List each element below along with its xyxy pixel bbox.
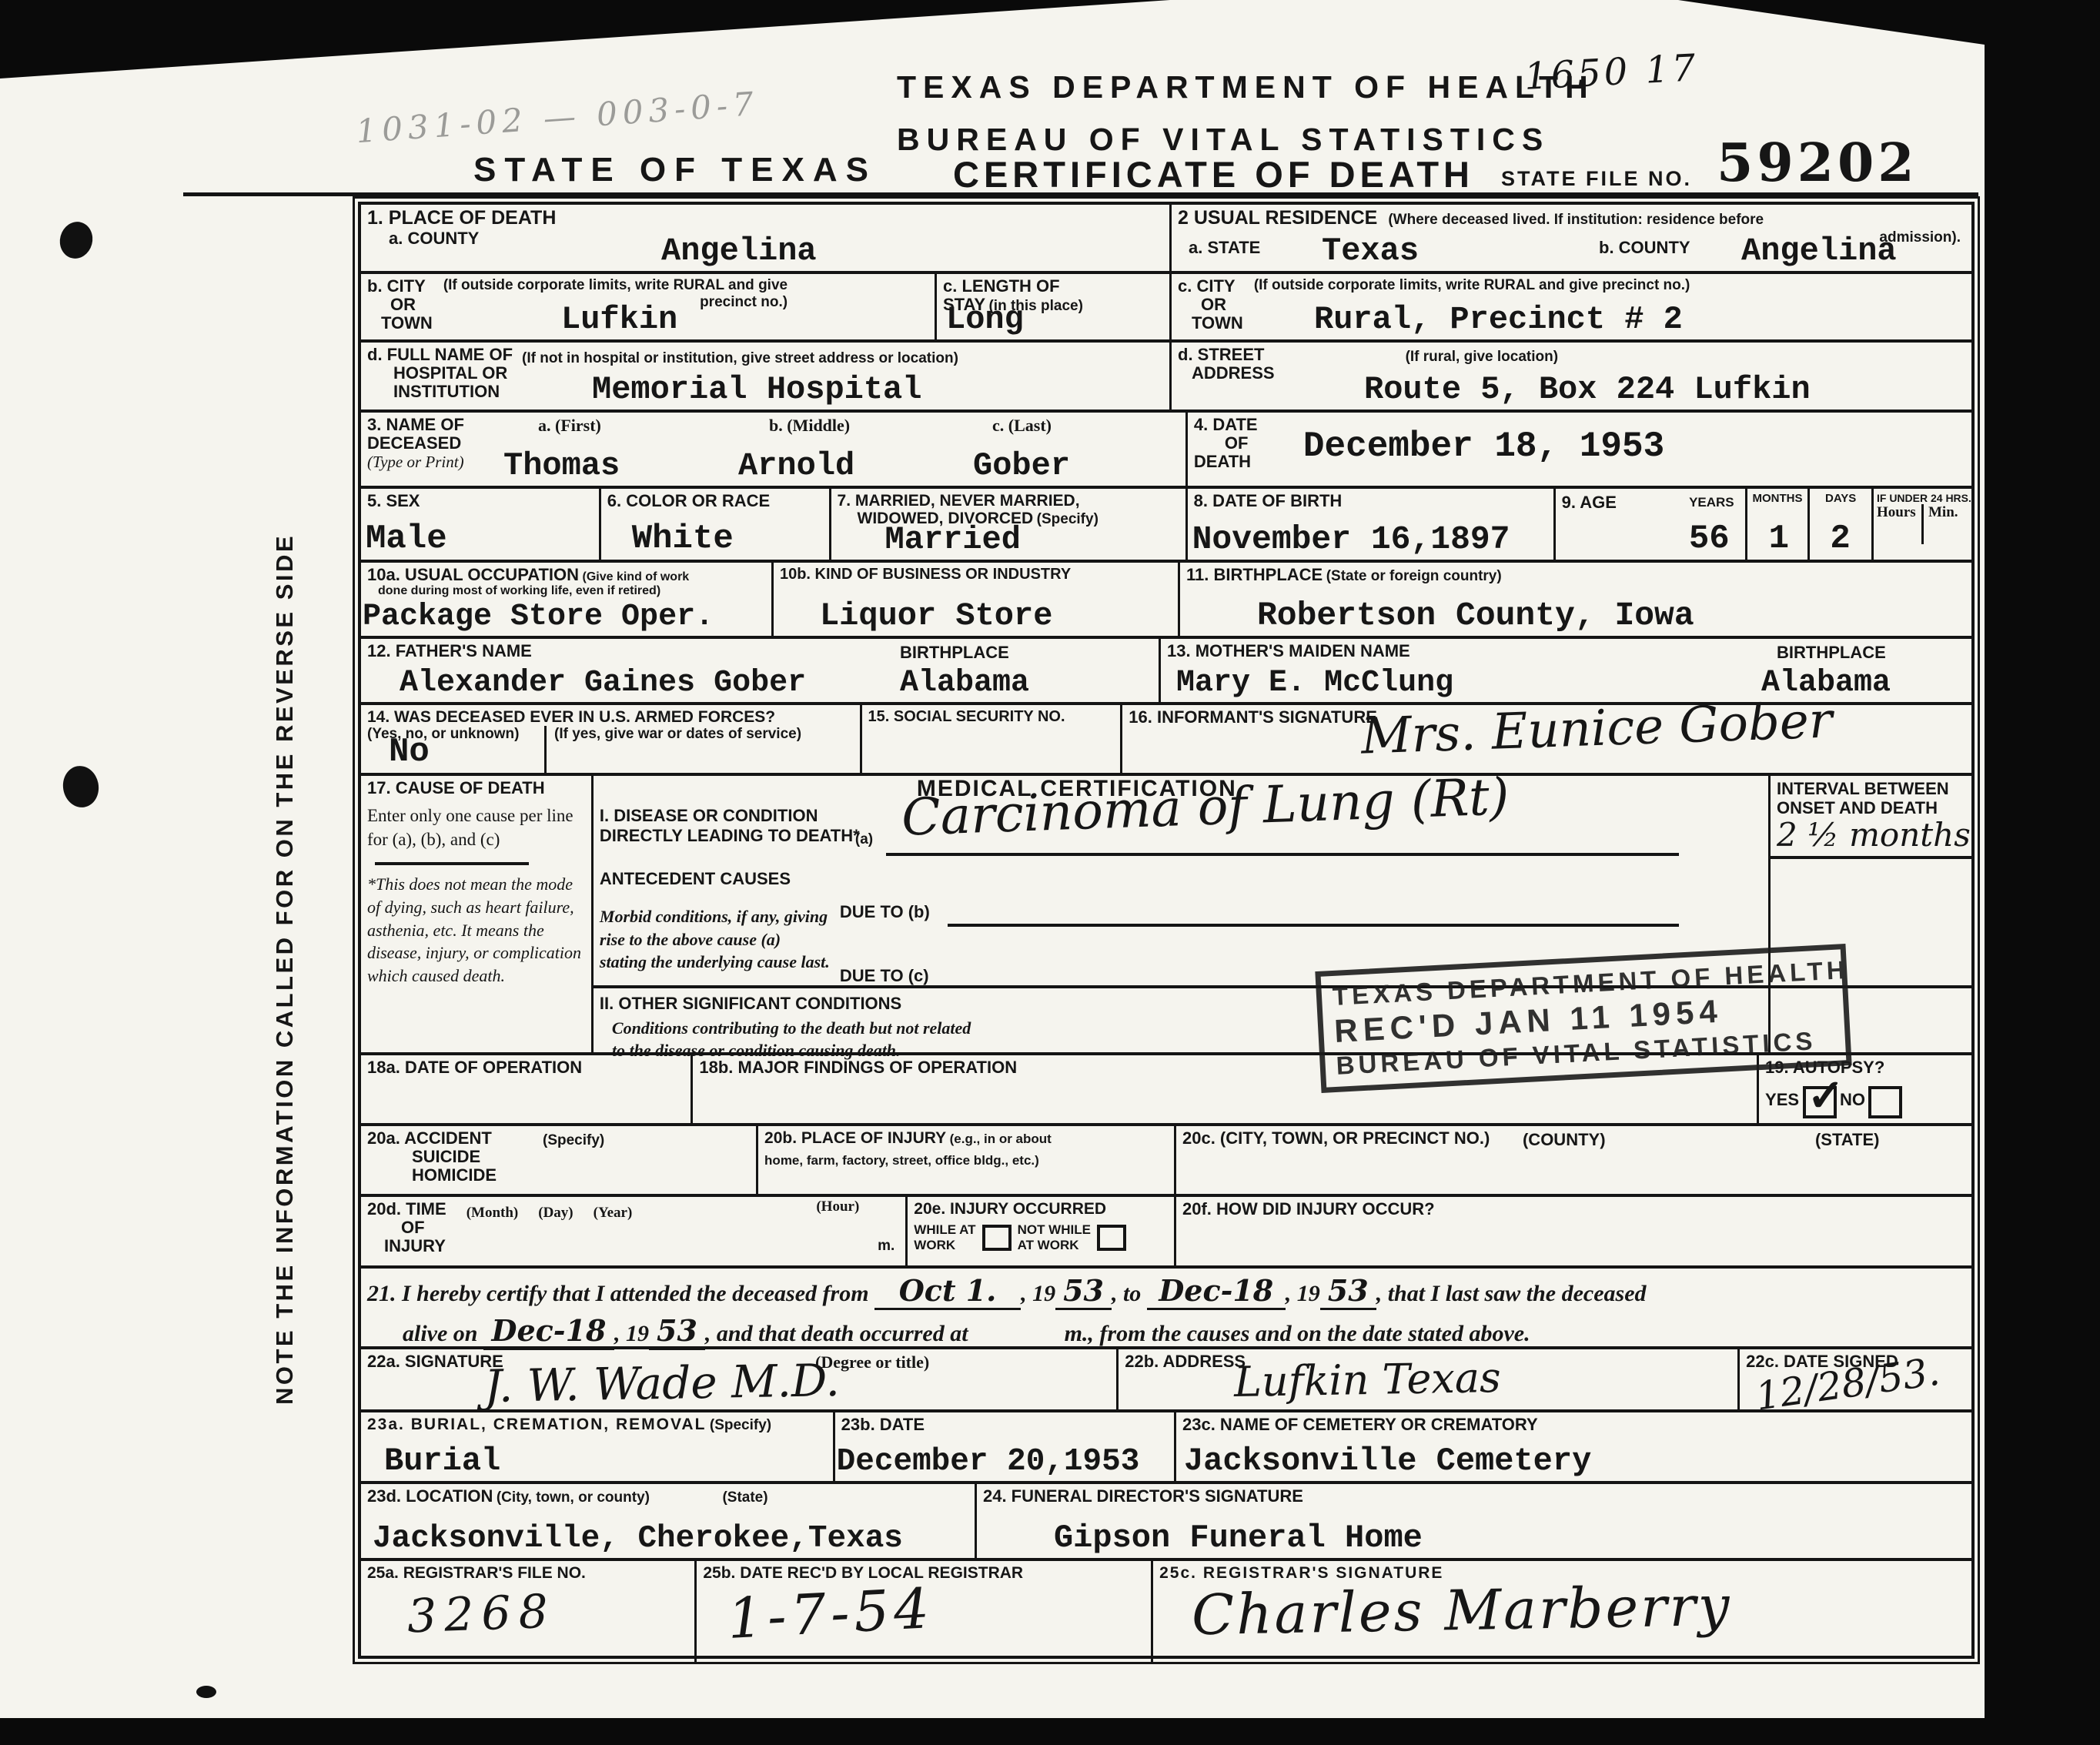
date-of-birth-value: November 16,1897 — [1192, 520, 1510, 558]
marital-value: Married — [885, 521, 1021, 558]
injury-month-label: (Month) — [466, 1205, 519, 1256]
time-of-injury-of: OF — [401, 1218, 446, 1237]
injury-m-label: m. — [878, 1239, 895, 1255]
county-value: Angelina — [661, 232, 817, 269]
occupation-label: 10a. USUAL OCCUPATION — [367, 565, 579, 584]
hospital-label-3: INSTITUTION — [393, 383, 513, 401]
while-at-work-checkbox — [982, 1225, 1012, 1251]
date-of-birth-label: 8. DATE OF BIRTH — [1194, 492, 1547, 510]
form-row: 23a. BURIAL, CREMATION, REMOVAL (Specify… — [361, 1409, 1971, 1481]
funeral-director-label: 24. FUNERAL DIRECTOR'S SIGNATURE — [983, 1487, 1965, 1506]
occupation-value: Package Store Oper. — [363, 600, 714, 634]
burial-location-label: 23d. LOCATION — [367, 1486, 493, 1506]
birthplace-value: Robertson County, Iowa — [1257, 597, 1694, 634]
injury-city-label: 20c. (CITY, TOWN, OR PRECINCT NO.) — [1182, 1129, 1490, 1148]
certify-text-9: m., from the causes and on the date stat… — [1065, 1321, 1530, 1346]
cause-note-1: Enter only one cause per line for (a), (… — [367, 804, 585, 851]
residence-state-label: a. STATE — [1189, 239, 1260, 257]
time-of-injury-label: 20d. TIME — [367, 1200, 446, 1218]
father-name-label: 12. FATHER'S NAME — [367, 642, 1152, 660]
hospital-label-2: HOSPITAL OR — [393, 364, 513, 383]
armed-forces-label: 14. WAS DECEASED EVER IN U.S. ARMED FORC… — [367, 708, 854, 726]
accident-paren: (Specify) — [543, 1132, 604, 1185]
state-file-no-value: 59202 — [1717, 132, 1918, 194]
age-years-value: 56 — [1689, 520, 1730, 558]
form-row: 12. FATHER'S NAME BIRTHPLACE Alexander G… — [361, 636, 1971, 702]
injury-county-label: (COUNTY) — [1523, 1131, 1606, 1149]
form-row: 3. NAME OF DECEASED (Type or Print) a. (… — [361, 410, 1971, 486]
interval-underline — [1771, 856, 1971, 859]
place-of-death-heading: 1. PLACE OF DEATH — [367, 208, 1163, 229]
cemetery-label: 23c. NAME OF CEMETERY OR CREMATORY — [1182, 1416, 1965, 1434]
marital-label: 7. MARRIED, NEVER MARRIED, — [838, 492, 1179, 510]
certify-text-2: , 19 — [1021, 1281, 1055, 1306]
residence-county-label: b. COUNTY — [1599, 239, 1690, 257]
burial-label: 23a. BURIAL, CREMATION, REMOVAL — [367, 1416, 706, 1433]
certify-alive-date: Dec-18 — [492, 1313, 607, 1348]
burial-value: Burial — [384, 1442, 500, 1479]
place-of-death-section: 1. PLACE OF DEATH a. COUNTY Angelina b. … — [361, 205, 1169, 410]
autopsy-no-checkbox — [1868, 1086, 1902, 1118]
accident-label: 20a. ACCIDENT — [367, 1129, 497, 1148]
business-value: Liquor Store — [820, 597, 1052, 634]
form-row: 25a. REGISTRAR'S FILE NO. 3268 25b. DATE… — [361, 1558, 1971, 1662]
certify-text-8: , and that death occurred at — [705, 1321, 968, 1346]
color-race-value: White — [632, 520, 734, 558]
age-years-label: YEARS — [1689, 495, 1734, 510]
certify-statement: 21. I hereby certify that I attended the… — [361, 1269, 1971, 1346]
registrar-file-no-label: 25a. REGISTRAR'S FILE NO. — [367, 1564, 688, 1582]
due-to-b-underline — [948, 924, 1679, 927]
certify-from-date: Oct 1. — [899, 1273, 997, 1308]
street-address-label-2: ADDRESS — [1192, 364, 1275, 383]
autopsy-yes-label: YES — [1765, 1090, 1799, 1109]
certify-text-5: , that I last saw the deceased — [1376, 1281, 1647, 1306]
min-label: Min. — [1924, 504, 1958, 544]
form-row: 14. WAS DECEASED EVER IN U.S. ARMED FORC… — [361, 702, 1971, 773]
mother-birthplace-label: BIRTHPLACE — [1777, 644, 1886, 662]
armed-forces-paren-2: (If yes, give war or dates of service) — [547, 726, 801, 774]
how-injury-label: 20f. HOW DID INJURY OCCUR? — [1182, 1200, 1965, 1218]
cause-of-death-sidebar: 17. CAUSE OF DEATH Enter only one cause … — [361, 776, 591, 1052]
street-address-label: d. STREET — [1178, 346, 1275, 364]
length-of-stay-label: c. LENGTH OF — [943, 277, 1163, 296]
city-label-town: TOWN — [381, 314, 433, 333]
checkmark-icon: ✓ — [1807, 1069, 1845, 1122]
age-days-value: 2 — [1830, 520, 1850, 558]
mother-name-value: Mary E. McClung — [1176, 666, 1453, 700]
age-label: 9. AGE — [1562, 493, 1617, 512]
place-of-injury-paren: (e.g., in or about — [950, 1132, 1052, 1146]
antecedent-causes-label: ANTECEDENT CAUSES — [600, 870, 791, 888]
middle-name-label: b. (Middle) — [769, 416, 850, 436]
time-of-injury-injury: INJURY — [384, 1237, 446, 1255]
injury-day-label: (Day) — [538, 1205, 573, 1256]
middle-name-value: Arnold — [738, 447, 854, 484]
form-row: 23d. LOCATION (City, town, or county) (S… — [361, 1481, 1971, 1558]
age-days-label: DAYS — [1811, 492, 1870, 505]
burial-paren: (Specify) — [710, 1417, 771, 1433]
page-title: CERTIFICATE OF DEATH — [953, 153, 1474, 196]
city-paren: (If outside corporate limits, write RURA… — [443, 277, 787, 294]
registrar-file-no-value: 3268 — [406, 1585, 557, 1644]
residence-city-value: Rural, Precinct # 2 — [1314, 301, 1683, 338]
residence-city-label-town: TOWN — [1192, 314, 1243, 333]
birthplace-label: 11. BIRTHPLACE — [1186, 565, 1323, 584]
certify-text-3: , to — [1112, 1281, 1141, 1306]
armed-forces-value: No — [389, 733, 430, 771]
date-recd-value: 1-7-54 — [726, 1576, 935, 1651]
certify-from-year: 53 — [1055, 1273, 1112, 1310]
accident-label-homicide: HOMICIDE — [412, 1166, 497, 1185]
interval-value: 2 ½ months — [1777, 816, 1971, 854]
length-of-stay-value: Long — [946, 301, 1024, 338]
color-race-label: 6. COLOR OR RACE — [607, 492, 823, 510]
residence-state-value: Texas — [1322, 232, 1419, 269]
age-months-value: 1 — [1769, 520, 1789, 558]
cause-note-2: *This does not mean the mode of dying, s… — [367, 873, 585, 987]
physician-signature-value: J. W. Wade M.D. — [483, 1354, 840, 1412]
certify-to-year: 53 — [1320, 1273, 1376, 1310]
funeral-director-value: Gipson Funeral Home — [1054, 1519, 1423, 1556]
injury-year-label: (Year) — [594, 1205, 633, 1256]
certify-text-7: , 19 — [614, 1321, 649, 1346]
certify-text-4: , 19 — [1286, 1281, 1320, 1306]
scan-black-edge-bottom — [0, 1718, 2100, 1745]
form-row: 22a. SIGNATURE (Degree or title) J. W. W… — [361, 1346, 1971, 1409]
form-row: 10a. USUAL OCCUPATION (Give kind of work… — [361, 560, 1971, 636]
autopsy-yes-checkbox: ✓ — [1803, 1086, 1837, 1118]
occupation-paren-2: done during most of working life, even i… — [378, 584, 765, 598]
form-row: 21. I hereby certify that I attended the… — [361, 1265, 1971, 1346]
first-name-label: a. (First) — [538, 416, 601, 436]
father-birthplace-label: BIRTHPLACE — [900, 644, 1009, 662]
reverse-side-note: NOTE THE INFORMATION CALLED FOR ON THE R… — [271, 427, 299, 1405]
certificate-form: 1. PLACE OF DEATH a. COUNTY Angelina b. … — [358, 202, 1975, 1659]
residence-county-value: Angelina — [1741, 232, 1897, 269]
city-value: Lufkin — [561, 301, 677, 338]
while-at-work-label-2: WORK — [914, 1238, 955, 1252]
not-while-at-work-label: NOT WHILE — [1018, 1222, 1091, 1237]
hospital-value: Memorial Hospital — [592, 371, 921, 408]
header-state-of-texas: STATE OF TEXAS — [473, 151, 877, 189]
due-to-b-label: DUE TO (b) — [840, 903, 930, 921]
while-at-work-label: WHILE AT — [914, 1222, 975, 1237]
form-row: 20a. ACCIDENT SUICIDE HOMICIDE (Specify)… — [361, 1123, 1971, 1194]
usual-residence-paren: (Where deceased lived. If institution: r… — [1388, 212, 1764, 229]
certify-alive-year: 53 — [649, 1313, 705, 1350]
street-address-value: Route 5, Box 224 Lufkin — [1364, 371, 1811, 408]
ink-blob — [196, 1686, 216, 1698]
death-hour-blank — [974, 1321, 1058, 1349]
usual-residence-heading: 2 USUAL RESIDENCE — [1178, 208, 1377, 229]
morbid-conditions-note: Morbid conditions, if any, giving rise t… — [600, 905, 831, 974]
occupation-paren: (Give kind of work — [583, 570, 690, 583]
place-of-injury-label: 20b. PLACE OF INJURY — [764, 1129, 946, 1147]
marital-paren: (Specify) — [1037, 511, 1098, 527]
disease-condition-sub-a: (a) — [855, 831, 873, 848]
place-of-injury-paren-2: home, farm, factory, street, office bldg… — [764, 1153, 1168, 1168]
burial-location-state-paren: (State) — [722, 1489, 767, 1506]
not-while-at-work-label-2: AT WORK — [1018, 1238, 1079, 1252]
cemetery-value: Jacksonville Cemetery — [1184, 1442, 1591, 1479]
interval-label: INTERVAL BETWEEN — [1777, 779, 1965, 798]
usual-residence-section: 2 USUAL RESIDENCE (Where deceased lived.… — [1169, 205, 1971, 410]
disease-condition-label: I. DISEASE OR CONDITION — [600, 807, 818, 825]
injury-occurred-label: 20e. INJURY OCCURRED — [914, 1200, 1172, 1218]
ssn-label: 15. SOCIAL SECURITY NO. — [868, 708, 1115, 725]
header-handwritten-number: 1650 17 — [1523, 46, 1700, 99]
form-row: 1. PLACE OF DEATH a. COUNTY Angelina b. … — [361, 205, 1971, 410]
header-rule — [183, 192, 1978, 196]
injury-state-label: (STATE) — [1815, 1131, 1880, 1149]
informant-signature-value: Mrs. Eunice Gober — [1360, 692, 1834, 765]
cause-of-death-label: 17. CAUSE OF DEATH — [367, 779, 585, 797]
other-significant-conditions-label: II. OTHER SIGNIFICANT CONDITIONS — [600, 995, 901, 1013]
sex-label: 5. SEX — [367, 492, 593, 510]
registrar-signature-value: Charles Marberry — [1191, 1573, 1732, 1647]
residence-city-label: c. CITY — [1178, 277, 1243, 296]
burial-location-paren: (City, town, or county) — [497, 1489, 650, 1506]
disease-condition-label-2: DIRECTLY LEADING TO DEATH* — [600, 827, 860, 845]
city-label: b. CITY — [367, 277, 433, 296]
scan-black-edge-right — [1985, 0, 2100, 1745]
father-birthplace-value: Alabama — [900, 666, 1029, 700]
burial-date-value: December 20,1953 — [837, 1444, 1140, 1479]
physician-address-value: Lufkin Texas — [1234, 1353, 1502, 1406]
not-while-at-work-checkbox — [1097, 1225, 1126, 1251]
date-of-operation-label: 18a. DATE OF OPERATION — [367, 1058, 684, 1077]
header-bureau: BUREAU OF VITAL STATISTICS — [897, 122, 1550, 158]
business-label: 10b. KIND OF BUSINESS OR INDUSTRY — [780, 566, 1172, 583]
age-months-label: MONTHS — [1749, 492, 1807, 505]
certify-text-6: alive on — [403, 1321, 478, 1346]
father-name-value: Alexander Gaines Gober — [400, 666, 806, 700]
burial-location-value: Jacksonville, Cherokee,Texas — [373, 1521, 903, 1556]
city-label-or: OR — [390, 296, 433, 314]
burial-date-label: 23b. DATE — [841, 1416, 1168, 1434]
state-file-no-label: STATE FILE NO. — [1501, 167, 1692, 191]
form-row: 20d. TIME OF INJURY (Month) (Day) (Year)… — [361, 1194, 1971, 1265]
scanned-death-certificate: 1031-02 — 003-0-7 TEXAS DEPARTMENT OF HE… — [0, 0, 2100, 1745]
sex-value: Male — [366, 520, 447, 558]
hours-label: Hours — [1877, 504, 1924, 544]
certify-to-date: Dec-18 — [1159, 1273, 1273, 1308]
first-name-value: Thomas — [503, 447, 620, 484]
due-to-c-label: DUE TO (c) — [840, 967, 929, 985]
birthplace-paren: (State or foreign country) — [1326, 568, 1502, 584]
injury-hour-label: (Hour) — [816, 1198, 859, 1215]
cause-a-underline — [886, 853, 1679, 856]
accident-label-suicide: SUICIDE — [412, 1148, 497, 1166]
interval-label-2: ONSET AND DEATH — [1777, 798, 1965, 817]
form-row: 5. SEX Male 6. COLOR OR RACE White 7. MA… — [361, 486, 1971, 560]
last-name-value: Gober — [973, 447, 1070, 484]
under-24hrs-label: IF UNDER 24 HRS. — [1877, 492, 1968, 504]
certify-text-1: 21. I hereby certify that I attended the… — [367, 1281, 869, 1306]
residence-city-label-or: OR — [1201, 296, 1243, 314]
hospital-label: d. FULL NAME OF — [367, 346, 513, 364]
date-of-death-value: December 18, 1953 — [1303, 426, 1664, 466]
last-name-label: c. (Last) — [992, 416, 1052, 436]
header-department: TEXAS DEPARTMENT OF HEALTH — [897, 69, 1595, 105]
